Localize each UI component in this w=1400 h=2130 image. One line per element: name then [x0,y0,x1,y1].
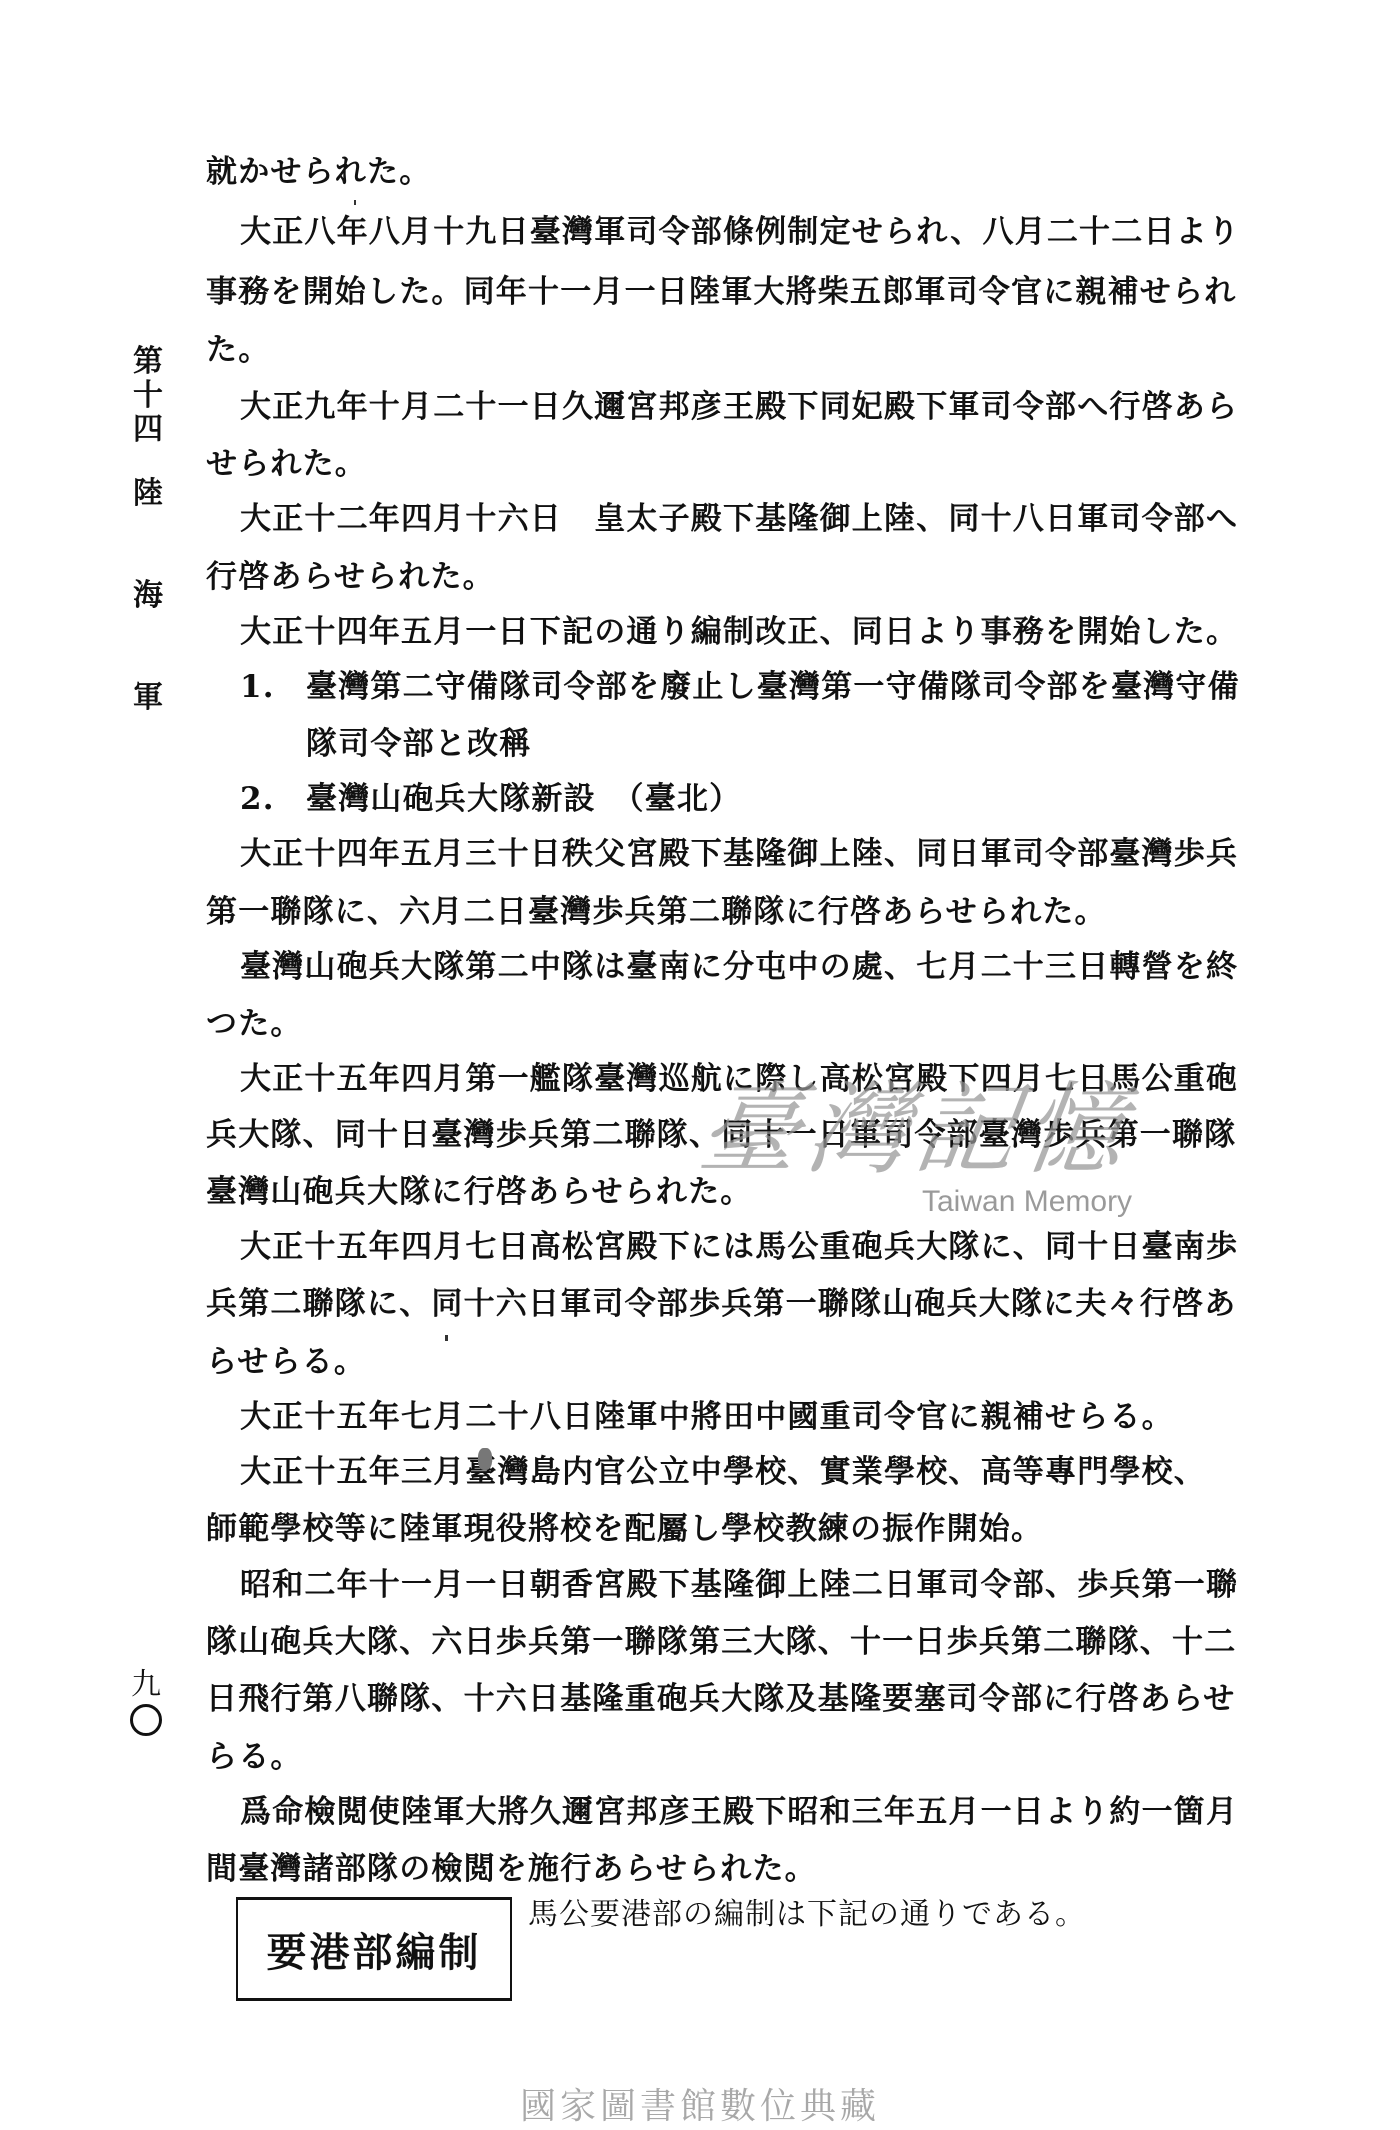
list-item-text: 臺灣第二守備隊司令部を廢止し臺灣第一守備隊司令部を臺灣守備 [306,669,1240,705]
body-line: 大正九年十月二十一日久邇宮邦彦王殿下同妃殿下軍司令部へ行啓あら [240,387,1238,427]
body-line: 爲命檢閲使陸軍大將久邇宮邦彦王殿下昭和三年五月一日より約一箇月 [240,1792,1238,1832]
list-item: 1.臺灣第二守備隊司令部を廢止し臺灣第一守備隊司令部を臺灣守備 [240,667,1240,707]
scan-speck [354,200,356,205]
running-header: 第 十 四 陸 海 軍 [128,0,168,2130]
section-heading: 要港部編制 [267,1921,482,1978]
scan-smudge [478,1448,492,1470]
body-line: 行啓あらせられた。 [206,557,495,597]
body-line: 日飛行第八聯隊、十六日基隆重砲兵大隊及基隆要塞司令部に行啓あらせ [206,1679,1235,1719]
body-line: 大正十五年四月七日高松宮殿下には馬公重砲兵大隊に、同十日臺南歩 [240,1227,1238,1267]
running-header-char: 海 [128,578,168,614]
section-note: 馬公要港部の編制は下記の通りである。 [528,1895,1086,1935]
body-line: せられた。 [206,444,367,484]
body-line: 大正十五年七月二十八日陸軍中將田中國重司令官に親補せらる。 [240,1397,1174,1437]
body-line: 隊山砲兵大隊、六日歩兵第一聯隊第三大隊、十一日歩兵第二聯隊、十二 [206,1622,1236,1662]
body-line: 兵第二聯隊に、同十六日軍司令部歩兵第一聯隊山砲兵大隊に夫々行啓あ [206,1284,1236,1324]
list-item-continuation: 隊司令部と改稱 [306,724,531,764]
running-header-char: 陸 [128,476,168,512]
body-line: 大正八年八月十九日臺灣軍司令部條例制定せられ、八月二十二日より [240,212,1240,252]
taiwan-memory-watermark-subtitle: Taiwan Memory [922,1185,1132,1219]
body-line: 第一聯隊に、六月二日臺灣歩兵第二聯隊に行啓あらせられた。 [206,892,1107,932]
body-line: 事務を開始した。同年十一月一日陸軍大將柴五郎軍司令官に親補せられ [206,272,1236,312]
page-number-zero-circle [130,1704,162,1736]
page-number: 九 [124,1668,168,1736]
list-item-number: 2. [240,779,306,819]
scan-speck [445,1335,448,1341]
body-line: 間臺灣諸部隊の檢閲を施行あらせられた。 [206,1849,817,1889]
body-line: らる。 [206,1737,303,1777]
body-line: 臺灣山砲兵大隊第二中隊は臺南に分屯中の處、七月二十三日轉營を終 [240,947,1238,987]
list-item-number: 1. [240,667,306,707]
running-header-char: 第 [128,344,168,380]
body-line: 臺灣山砲兵大隊に行啓あらせられた。 [206,1172,752,1212]
body-line: 大正十四年五月三十日秩父宮殿下基隆御上陸、同日軍司令部臺灣歩兵 [240,834,1238,874]
body-line: 大正十四年五月一日下記の通り編制改正、同日より事務を開始した。 [240,612,1238,652]
body-line: つた。 [206,1004,303,1044]
list-item: 2.臺灣山砲兵大隊新設 （臺北） [240,779,741,819]
running-header-char: 四 [128,412,168,448]
body-line: 大正十五年四月第一艦隊臺灣巡航に際し高松宮殿下四月七日馬公重砲 [240,1059,1238,1099]
ncl-digital-collection-watermark: 國家圖書館數位典藏 [520,2078,880,2129]
document-page: 第 十 四 陸 海 軍 九 就かせられた。 大正八年八月十九日臺灣軍司令部條例制… [0,0,1400,2130]
body-line: 就かせられた。 [206,152,431,192]
body-line: 大正十二年四月十六日 皇太子殿下基隆御上陸、同十八日軍司令部へ [240,499,1238,539]
body-line: 兵大隊、同十日臺灣歩兵第二聯隊、同十一日軍司令部臺灣歩兵第一聯隊 [206,1115,1236,1155]
running-header-char: 十 [128,378,168,414]
body-line: た。 [206,330,270,370]
body-line: 師範學校等に陸軍現役將校を配屬し學校教練の振作開始。 [206,1509,1043,1549]
body-line: らせらる。 [206,1342,366,1382]
section-heading-box: 要港部編制 [236,1897,512,2001]
list-item-text: 臺灣山砲兵大隊新設 （臺北） [306,781,741,817]
running-header-char: 軍 [128,680,168,716]
body-line: 昭和二年十一月一日朝香宮殿下基隆御上陸二日軍司令部、歩兵第一聯 [240,1565,1238,1605]
page-number-digit: 九 [131,1667,161,1702]
body-line: 大正十五年三月臺灣島内官公立中學校、實業學校、高等專門學校、 [240,1452,1206,1492]
